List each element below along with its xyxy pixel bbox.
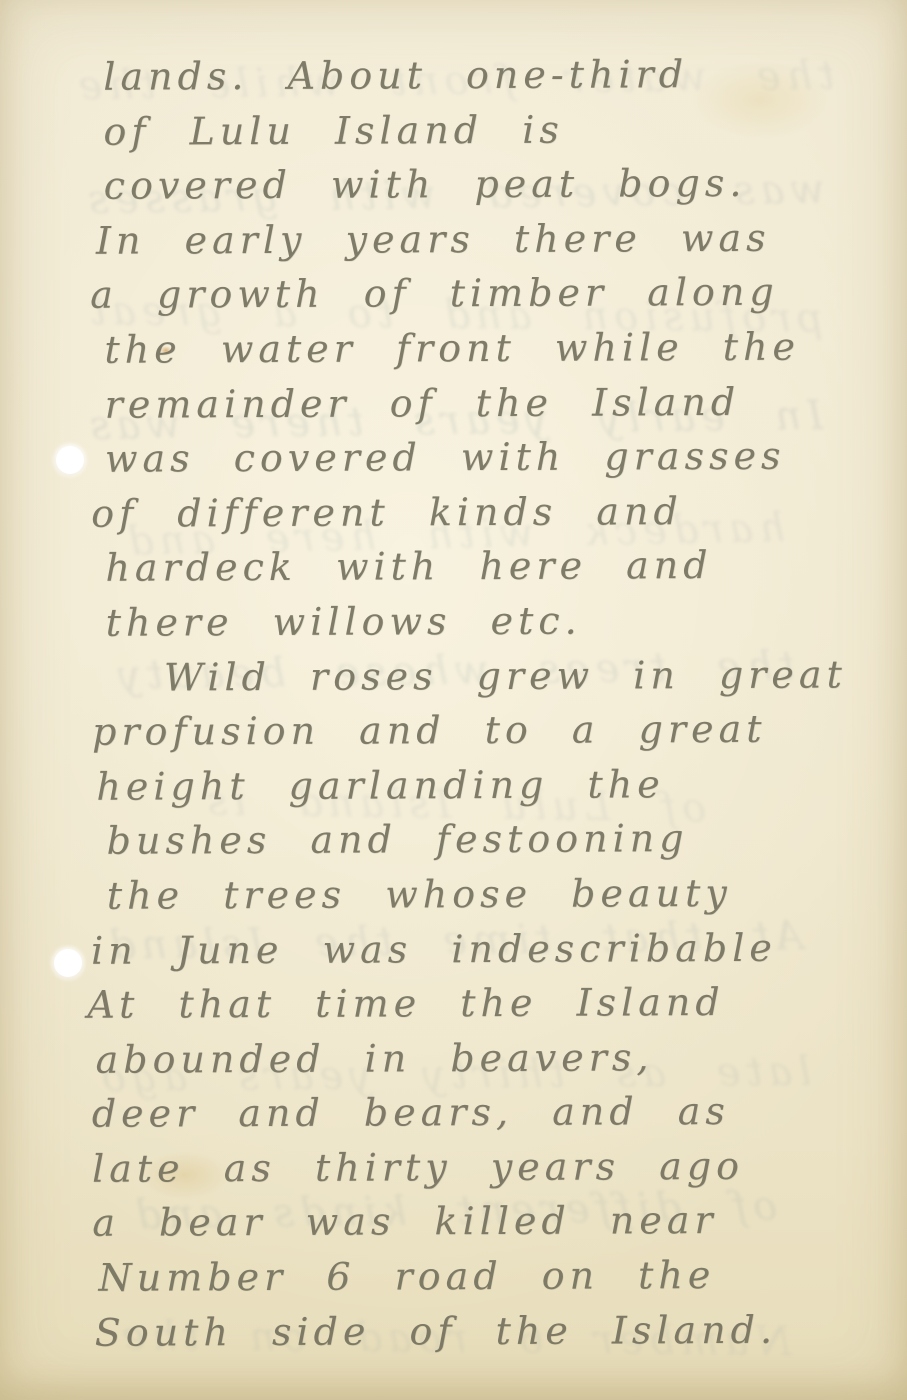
- handwritten-line: In early years there was: [96, 210, 895, 268]
- handwritten-line: was covered with grasses: [105, 428, 896, 486]
- handwritten-line: a bear was killed near: [92, 1193, 899, 1251]
- handwritten-line: late as thirty years ago: [92, 1138, 899, 1196]
- handwritten-line: height garlanding the: [96, 756, 897, 814]
- punch-hole-top: [56, 446, 84, 474]
- handwritten-line: bushes and festooning: [106, 811, 897, 869]
- handwritten-line: remainder of the Island: [105, 374, 896, 432]
- punch-hole-bottom: [54, 949, 82, 977]
- manuscript-page: the water front while the was covered wi…: [0, 0, 907, 1400]
- handwritten-line: in June was indescribable: [91, 920, 898, 978]
- handwritten-line: there willows etc.: [106, 592, 897, 650]
- handwritten-line: Wild roses grew in great: [164, 647, 897, 705]
- handwritten-line: the trees whose beauty: [107, 865, 898, 923]
- handwritten-line: lands. About one-third: [103, 46, 894, 104]
- handwritten-line: of different kinds and: [91, 483, 896, 541]
- handwritten-line: covered with peat bogs.: [104, 155, 895, 213]
- handwritten-line: hardeck with here and: [105, 538, 896, 596]
- handwritten-line: Number 6 road on the: [98, 1247, 899, 1305]
- handwritten-line: a growth of timber along: [90, 265, 895, 323]
- handwritten-line: At that time the Island: [87, 974, 898, 1032]
- handwritten-line: deer and bears, and as: [92, 1084, 899, 1142]
- handwritten-line: South side of the Island.: [95, 1302, 900, 1360]
- handwritten-line: profusion and to a great: [92, 701, 897, 759]
- handwritten-line: abounded in beavers,: [95, 1029, 898, 1087]
- handwritten-line: the water front while the: [104, 319, 895, 377]
- handwriting-body: lands. About one-third of Lulu Island is…: [89, 46, 900, 1360]
- handwritten-line: of Lulu Island is: [103, 101, 894, 159]
